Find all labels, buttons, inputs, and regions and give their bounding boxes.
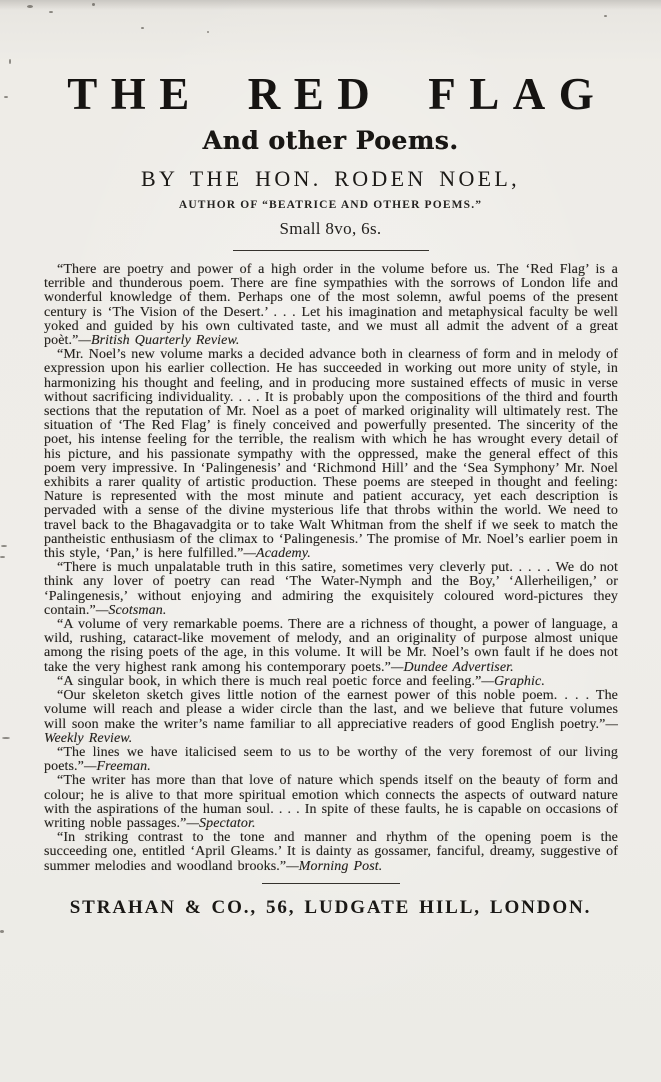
review-paragraph: “Our skeleton sketch gives little notion… — [44, 689, 618, 746]
review-paragraph: “In striking contrast to the tone and ma… — [44, 831, 618, 874]
review-source: —Freeman. — [84, 759, 151, 774]
book-subtitle: And other Poems. — [0, 126, 661, 155]
review-paragraph: “There is much unpalatable truth in this… — [44, 561, 618, 618]
ink-speck — [604, 15, 607, 17]
review-paragraph: “A singular book, in which there is much… — [44, 675, 618, 689]
ink-speck — [2, 737, 10, 739]
ink-speck — [49, 11, 53, 13]
review-source: —Academy. — [244, 546, 311, 561]
ink-speck — [4, 96, 8, 98]
author-note: AUTHOR OF “BEATRICE AND OTHER POEMS.” — [0, 199, 661, 211]
review-paragraph: “A volume of very remarkable poems. Ther… — [44, 618, 618, 675]
review-text: “Mr. Noel’s new volume marks a decided a… — [44, 347, 618, 561]
review-source: —Scotsman. — [96, 603, 167, 618]
review-text: “The writer has more than that love of n… — [44, 773, 618, 831]
review-text: “A singular book, in which there is much… — [57, 674, 481, 689]
review-source: —British Quarterly Review. — [78, 333, 239, 348]
publisher-block: STRAHAN & CO., 56, LUDGATE HILL, LONDON. — [0, 883, 661, 919]
review-source: —Morning Post. — [286, 859, 382, 874]
book-advertisement-page: THE RED FLAG And other Poems. BY THE HON… — [0, 0, 661, 1082]
review-source: —Dundee Advertiser. — [391, 660, 514, 675]
ink-speck — [141, 27, 144, 29]
press-reviews-section: “There are poetry and power of a high or… — [44, 263, 618, 874]
review-paragraph: “Mr. Noel’s new volume marks a decided a… — [44, 348, 618, 561]
publisher-imprint: STRAHAN & CO., 56, LUDGATE HILL, LONDON. — [0, 897, 661, 919]
format-price: Small 8vo, 6s. — [0, 219, 661, 239]
review-paragraph: “There are poetry and power of a high or… — [44, 263, 618, 348]
ink-speck — [1, 545, 7, 547]
header-divider-rule — [233, 250, 429, 251]
ink-speck — [0, 556, 5, 558]
review-text: “A volume of very remarkable poems. Ther… — [44, 617, 618, 675]
ink-speck — [27, 5, 33, 8]
review-text: “Our skeleton sketch gives little notion… — [44, 688, 618, 731]
byline: BY THE HON. RODEN NOEL, — [0, 166, 661, 192]
review-source: —Graphic. — [481, 674, 545, 689]
ink-speck — [207, 31, 209, 33]
review-paragraph: “The writer has more than that love of n… — [44, 774, 618, 831]
ink-speck — [0, 930, 4, 933]
review-paragraph: “The lines we have italicised seem to us… — [44, 746, 618, 774]
ink-speck — [92, 3, 95, 6]
footer-divider-rule — [262, 883, 400, 884]
book-title: THE RED FLAG — [0, 72, 661, 117]
title-block: THE RED FLAG And other Poems. BY THE HON… — [0, 0, 661, 251]
review-source: —Spectator. — [186, 816, 255, 831]
ink-speck — [9, 59, 11, 64]
